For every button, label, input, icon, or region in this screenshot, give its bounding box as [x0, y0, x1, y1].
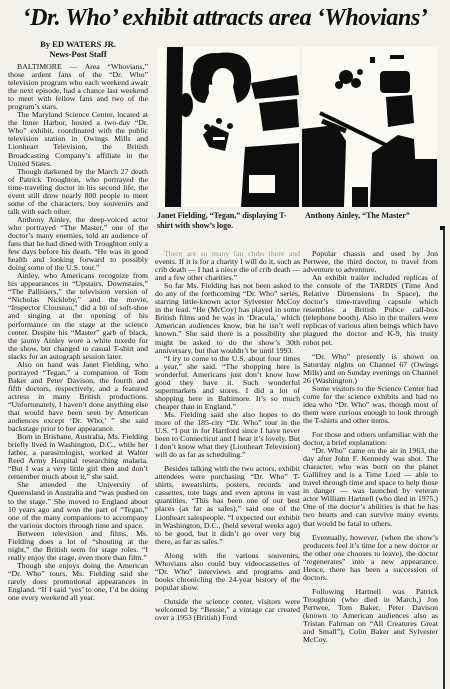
paragraph: Ms. Fielding said she also hopes to do m… [155, 411, 300, 459]
photo-janet-fielding [157, 47, 299, 207]
paragraph: An exhibit trailer included replicas of … [303, 274, 438, 346]
paragraph: Popular chassis and used by Jon Pertwee,… [303, 250, 438, 274]
paragraph: Though darkened by the March 27 death of… [8, 168, 148, 216]
column-rule [443, 228, 445, 689]
paragraph: Eventually, however, (when the show’s pr… [303, 534, 438, 582]
paragraph: “Dr. Who” presently is shown on Saturday… [303, 353, 438, 385]
paragraph: Following Hartnell was Patrick Troughton… [303, 588, 438, 644]
paragraph: Also on hand was Janet Fielding, who por… [8, 361, 148, 433]
byline-org: News-Post Staff [8, 50, 148, 60]
photo-anthony-ainley-image [302, 47, 437, 207]
headline: ‘Dr. Who’ exhibit attracts area ‘Whovian… [4, 5, 446, 32]
article-column-1: BALTIMORE — Area “Whovians,” those arden… [8, 63, 148, 602]
paragraph: BALTIMORE — Area “Whovians,” those arden… [8, 63, 148, 111]
paragraph: There are so many fan clubs there and ev… [155, 250, 300, 282]
paragraph: She attended the University of Queenslan… [8, 481, 148, 529]
caption-anthony-ainley: Anthony Ainley, “The Master” [305, 211, 437, 221]
paragraph: For those and others unfamiliar with the… [303, 431, 438, 447]
article-column-3: Popular chassis and used by Jon Pertwee,… [303, 250, 438, 644]
photo-janet-fielding-image [157, 47, 299, 207]
paragraph: Ainley, who Americans recognize from his… [8, 272, 148, 361]
paragraph: Some visitors to the Science Center had … [303, 385, 438, 425]
paragraph: Born in Brisbane, Australia, Ms. Fieldin… [8, 433, 148, 481]
paragraph: Besides talking with the two actors, exh… [155, 465, 300, 545]
paragraph: Along with the various souvenirs, Whovia… [155, 552, 300, 592]
article-column-2: There are so many fan clubs there and ev… [155, 250, 300, 622]
paragraph: “I try to come to the U.S. about four ti… [155, 355, 300, 411]
paragraph: The Maryland Science Center, located at … [8, 111, 148, 167]
paragraph: Anthony Ainley, the deep-voiced actor wh… [8, 216, 148, 272]
paragraph: Between television and films, Ms. Fieldi… [8, 530, 148, 562]
paragraph: “Dr. Who” came on the air in 1963, the d… [303, 447, 438, 527]
paragraph: So far Ms. Fielding has not been asked t… [155, 282, 300, 354]
paragraph: Though she enjoys doing the American “Dr… [8, 562, 148, 602]
paragraph-continuation: events. If it is for a charity I will do… [155, 257, 300, 282]
caption-janet-fielding: Janet Fielding, “Tegan,” displaying T-sh… [157, 211, 295, 230]
byline: By ED WATERS JR. News-Post Staff [8, 40, 148, 59]
photo-anthony-ainley [302, 47, 437, 207]
paragraph: Outside the science center, visitors wer… [155, 598, 300, 622]
